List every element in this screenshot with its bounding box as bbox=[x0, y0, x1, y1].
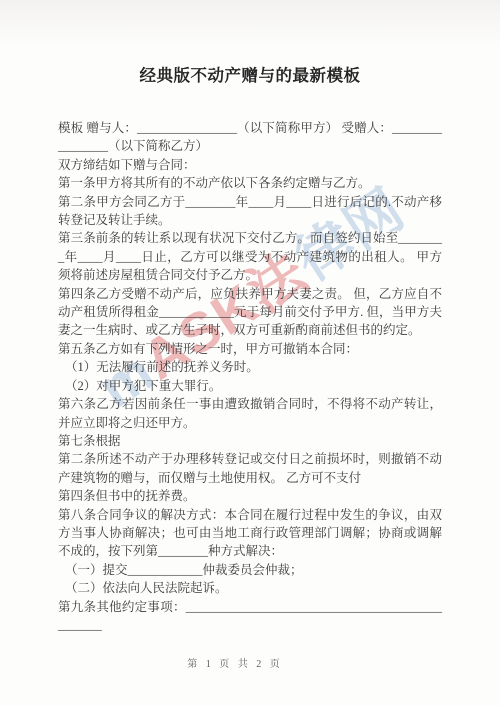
paragraph-line: 模板 赠与人：________________（以下简称甲方） 受赠人：____… bbox=[58, 119, 442, 156]
paragraph-line: 第六条乙方若因前条任一事由遭致撤销合同时，不得将不动产转让，并应立即将之归还甲方… bbox=[58, 395, 442, 432]
paragraph-line: （1）无法履行前述的抚养义务时。 bbox=[58, 358, 442, 376]
paragraph-line: （一）提交____________仲裁委员会仲裁； bbox=[58, 561, 442, 579]
paragraph-line: 第五条乙方如有下列情形之一时，甲方可撤销本合同： bbox=[58, 340, 442, 358]
paragraph-line: 第四条乙方受赠不动产后，应负扶养甲方夫妻之责。 但，乙方应自不动产租赁所得租金_… bbox=[58, 285, 442, 340]
contract-body: 模板 赠与人：________________（以下简称甲方） 受赠人：____… bbox=[58, 119, 442, 634]
paragraph-line: 第七条根据 bbox=[58, 432, 442, 450]
paragraph-line: 第一条甲方将其所有的不动产依以下各条约定赠与乙方。 bbox=[58, 174, 442, 192]
paragraph-line: 双方缔结如下赠与合同： bbox=[58, 156, 442, 174]
document-content: 经典版不动产赠与的最新模板 模板 赠与人：________________（以下… bbox=[58, 0, 442, 634]
paragraph-line: （二）依法向人民法院起诉。 bbox=[58, 579, 442, 597]
paragraph-line: 第八条合同争议的解决方式：本合同在履行过程中发生的争议，由双方当事人协商解决；也… bbox=[58, 506, 442, 561]
document-title: 经典版不动产赠与的最新模板 bbox=[58, 0, 442, 86]
paragraph-line: 第二条甲方会同乙方于________年____月____日进行后记的.不动产移转… bbox=[58, 193, 442, 230]
paragraph-line: 第三条前条的转让系以现有状况下交付乙方。而自签约日始至________年____… bbox=[58, 229, 442, 284]
paragraph-line: 第二条所述不动产于办理移转登记或交付日之前损坏时，则撤销不动产建筑物的赠与，而仅… bbox=[58, 450, 442, 487]
page-number-footer: 第 1 页 共 2 页 bbox=[0, 655, 470, 670]
paragraph-line: 第九条其他约定事项：______________________________… bbox=[58, 598, 442, 635]
paragraph-line: 第四条但书中的抚养费。 bbox=[58, 487, 442, 505]
paragraph-line: （2）对甲方犯下重大罪行。 bbox=[58, 377, 442, 395]
document-page: mASK法律网 经典版不动产赠与的最新模板 模板 赠与人：___________… bbox=[0, 0, 500, 706]
